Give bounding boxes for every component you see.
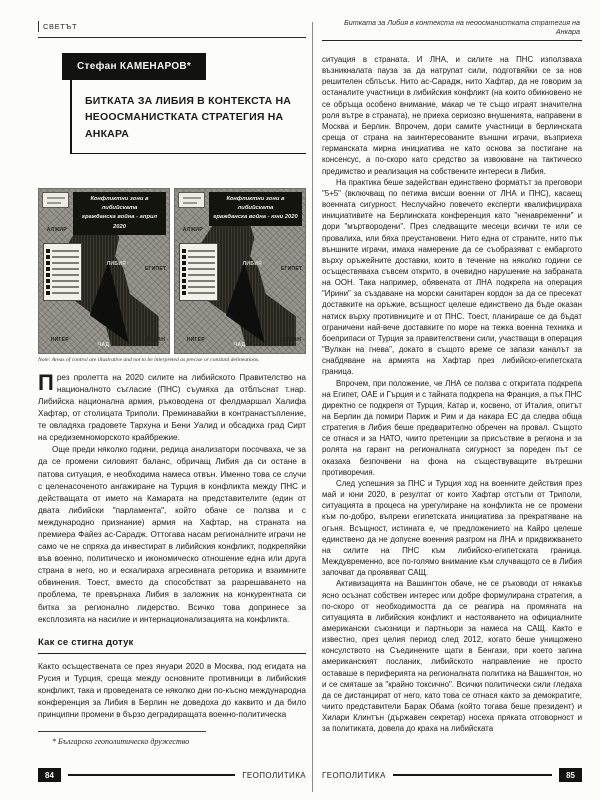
- map-label-niger: НИГЕР: [51, 337, 69, 343]
- legend-label-bar: [52, 256, 79, 258]
- legend-swatch: [46, 279, 50, 283]
- legend-row: [46, 267, 79, 271]
- map-title-line2: гражданска война - юни 2020: [213, 214, 297, 220]
- map-source-logo: [178, 192, 205, 208]
- legend-row: [46, 249, 79, 253]
- map-label-chad: ЧАД: [98, 342, 110, 348]
- paragraph: Както осъществената се през януари 2020 …: [38, 661, 306, 721]
- left-page-body: През пролетта на 2020 силите на либийско…: [38, 372, 306, 722]
- legend-label-bar: [52, 250, 79, 252]
- footer-rule: [393, 774, 552, 776]
- footnote-block: * Българско геополитическо дружество: [38, 731, 306, 746]
- page-number: 84: [38, 768, 61, 782]
- legend-row: [182, 285, 215, 289]
- journal-name: ГЕОПОЛИТИКА: [242, 771, 306, 780]
- legend-row: [182, 255, 215, 259]
- footnote-rule: [38, 731, 206, 732]
- legend-label-bar: [52, 286, 79, 288]
- map-label-libya: ЛИБИЯ: [243, 261, 262, 267]
- legend-label-bar: [52, 274, 79, 276]
- map-source-logo: [42, 192, 69, 208]
- paragraph: Активизацията на Вашингтон обаче, не се …: [322, 578, 582, 734]
- map-label-niger: НИГЕР: [187, 337, 205, 343]
- paragraph: След успешния за ПНС и Турция ход на вое…: [322, 478, 582, 578]
- footer-rule: [68, 774, 235, 776]
- legend-label-bar: [188, 262, 215, 264]
- legend-swatch: [46, 273, 50, 277]
- legend-row: [182, 273, 215, 277]
- legend-swatch: [182, 279, 186, 283]
- map-title-banner: Конфликтни зони в либийската гражданска …: [73, 192, 166, 235]
- figure-maps-row: Конфликтни зони в либийската гражданска …: [38, 188, 306, 354]
- map-label-libya: ЛИБИЯ: [107, 261, 126, 267]
- paragraph: През пролетта на 2020 силите на либийско…: [38, 372, 306, 445]
- legend-swatch: [182, 285, 186, 289]
- legend-label-bar: [188, 274, 215, 276]
- legend-label-bar: [188, 286, 215, 288]
- page-left: СВЕТЪТ Стефан КАМЕНАРОВ* БИТКАТА ЗА ЛИБИ…: [38, 16, 306, 788]
- legend-row: [182, 261, 215, 265]
- legend-label-bar: [188, 280, 215, 282]
- paragraph-text: рез пролетта на 2020 силите на либийскот…: [38, 373, 306, 442]
- footnote-text: * Българско геополитическо дружество: [38, 737, 306, 746]
- legend-swatch: [182, 291, 186, 295]
- map-label-egypt: ЕГИПЕТ: [281, 266, 303, 272]
- section-heading: Как се стигна дотук: [38, 626, 306, 654]
- map-june-2020: Конфликтни зони в либийската гражданска …: [174, 188, 306, 354]
- legend-label-bar: [52, 292, 79, 294]
- map-title-line2: гражданска война - април 2020: [82, 214, 157, 229]
- running-header: Битката за Либия в контекста на неоосман…: [322, 16, 582, 41]
- map-label-algeria: АЛЖИР: [183, 227, 203, 233]
- map-label-sudan: СУДАН: [282, 337, 301, 343]
- figure-note: Note: Areas of control are illustrative …: [38, 357, 306, 363]
- legend-row: [46, 261, 79, 265]
- section-label: СВЕТЪТ: [38, 21, 77, 32]
- legend-row: [182, 249, 215, 253]
- drop-cap: П: [38, 372, 57, 393]
- legend-row: [46, 255, 79, 259]
- legend-row: [46, 291, 79, 295]
- legend-row: [182, 279, 215, 283]
- page-right: Битката за Либия в контекста на неоосман…: [322, 16, 582, 788]
- paragraph: Впрочем, при положение, че ЛНА се ползва…: [322, 378, 582, 478]
- map-title-line1: Конфликтни зони в либийската: [227, 196, 285, 211]
- legend-label-bar: [52, 262, 79, 264]
- page-number: 85: [559, 768, 582, 782]
- map-label-chad: ЧАД: [234, 342, 246, 348]
- legend-row: [46, 285, 79, 289]
- legend-row: [182, 267, 215, 271]
- paragraph: ситуация в страната. И ЛНА, и силите на …: [322, 54, 582, 177]
- map-april-2020: Конфликтни зони в либийската гражданска …: [38, 188, 170, 354]
- legend-swatch: [182, 261, 186, 265]
- map-label-sudan: СУДАН: [146, 337, 165, 343]
- map-label-algeria: АЛЖИР: [47, 227, 67, 233]
- legend-swatch: [46, 255, 50, 259]
- map-title-banner: Конфликтни зони в либийската гражданска …: [209, 192, 302, 226]
- legend-label-bar: [52, 280, 79, 282]
- journal-name: ГЕОПОЛИТИКА: [322, 771, 386, 780]
- paragraph: Още преди няколко години, редица анализа…: [38, 444, 306, 625]
- legend-row: [182, 291, 215, 295]
- map-title-line1: Конфликтни зони в либийската: [91, 196, 149, 211]
- legend-swatch: [46, 267, 50, 271]
- page-gutter-line: [312, 22, 313, 792]
- legend-label-bar: [52, 268, 79, 270]
- legend-row: [46, 279, 79, 283]
- header-rule: [38, 37, 306, 38]
- legend-swatch: [182, 273, 186, 277]
- map-legend: [179, 243, 218, 301]
- right-page-footer: ГЕОПОЛИТИКА 85: [322, 768, 582, 782]
- legend-swatch: [182, 267, 186, 271]
- legend-swatch: [182, 255, 186, 259]
- legend-label-bar: [188, 256, 215, 258]
- right-page-body: ситуация в страната. И ЛНА, и силите на …: [322, 54, 582, 748]
- legend-swatch: [182, 249, 186, 253]
- map-label-egypt: ЕГИПЕТ: [145, 266, 167, 272]
- legend-label-bar: [188, 292, 215, 294]
- legend-swatch: [46, 285, 50, 289]
- legend-label-bar: [188, 268, 215, 270]
- map-legend: [43, 243, 82, 301]
- legend-swatch: [46, 261, 50, 265]
- legend-swatch: [46, 249, 50, 253]
- legend-swatch: [46, 291, 50, 295]
- paragraph: На практика беше задействан единствено ф…: [322, 177, 582, 378]
- journal-spread: СВЕТЪТ Стефан КАМЕНАРОВ* БИТКАТА ЗА ЛИБИ…: [0, 0, 600, 800]
- article-title-block: БИТКАТА ЗА ЛИБИЯ В КОНТЕКСТА НА НЕООСМАН…: [70, 80, 306, 154]
- article-title: БИТКАТА ЗА ЛИБИЯ В КОНТЕКСТА НА НЕООСМАН…: [85, 93, 300, 142]
- author-name-box: Стефан КАМЕНАРОВ*: [62, 53, 206, 80]
- left-page-footer: 84 ГЕОПОЛИТИКА: [38, 768, 306, 782]
- legend-row: [46, 273, 79, 277]
- legend-label-bar: [188, 250, 215, 252]
